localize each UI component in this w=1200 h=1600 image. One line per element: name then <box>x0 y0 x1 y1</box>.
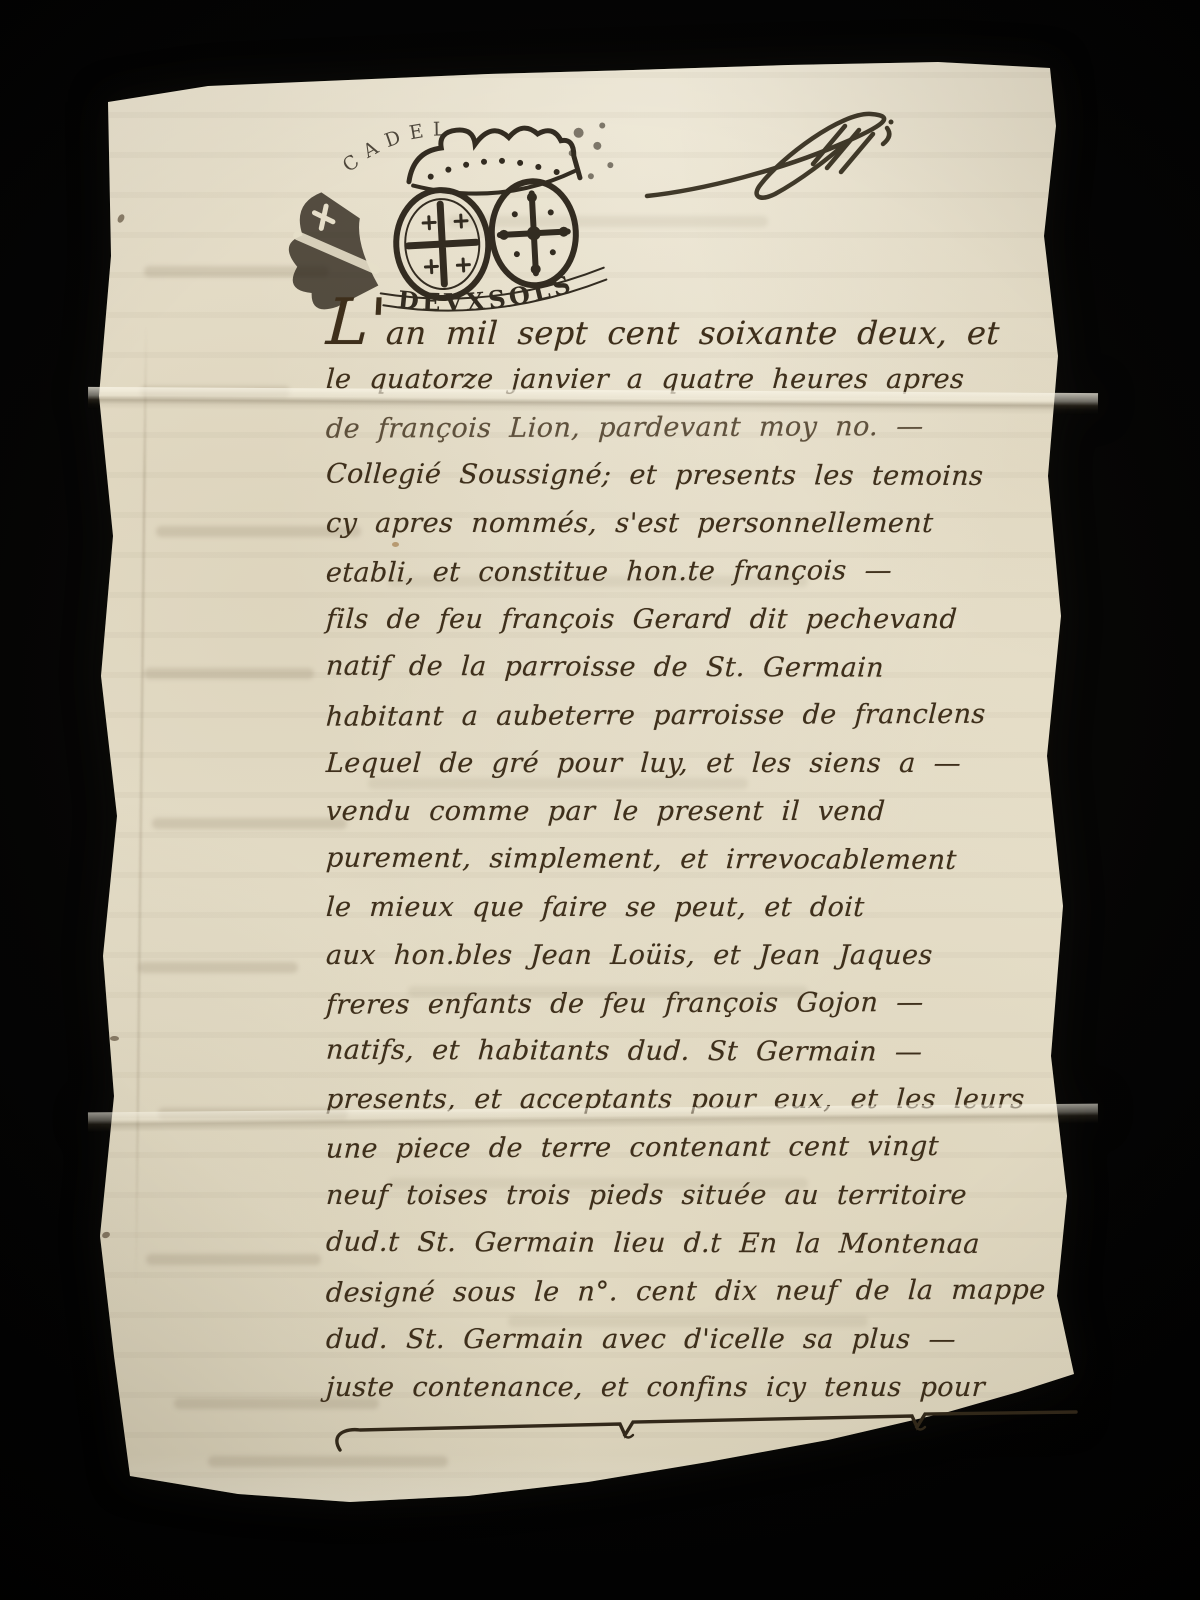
manuscript-text-block: L'an mil sept cent soixante deux, etle q… <box>326 308 1078 1412</box>
manuscript-line: aux hon.bles Jean Loüis, et Jean Jaques <box>325 932 1080 980</box>
notary-paraph-signature <box>633 98 933 210</box>
manuscript-line: natifs, et habitants dud. St Germain — <box>325 1027 1080 1078</box>
manuscript-line: Lequel de gré pour luy, et les siens a — <box>325 740 1080 788</box>
manuscript-line: etabli, et constitue hon.te françois — <box>325 546 1079 597</box>
photo-stage: DEVXSOLS CADEL L'an mil sept cent soixan… <box>0 0 1200 1600</box>
manuscript-line: une piece de terre contenant cent vingt <box>325 1122 1079 1173</box>
manuscript-line: juste contenance, et confins icy tenus p… <box>325 1364 1080 1412</box>
manuscript-line: L'an mil sept cent soixante deux, et <box>325 308 1080 356</box>
manuscript-sheet: DEVXSOLS CADEL L'an mil sept cent soixan… <box>88 56 1098 1512</box>
manuscript-line: cy apres nommés, s'est personnellement <box>325 500 1080 548</box>
manuscript-line: natif de la parroisse de St. Germain <box>325 643 1080 694</box>
manuscript-line: dud.t St. Germain lieu d.t En la Montena… <box>325 1219 1080 1270</box>
manuscript-line: purement, simplement, et irrevocablement <box>325 835 1080 886</box>
manuscript-line: neuf toises trois pieds située au territ… <box>325 1172 1080 1220</box>
manuscript-line: habitant a aubeterre parroisse de francl… <box>325 690 1079 741</box>
manuscript-line: vendu comme par le present il vend <box>325 788 1080 836</box>
manuscript-line: le quatorze janvier a quatre heures apre… <box>325 356 1080 404</box>
manuscript-line: fils de feu françois Gerard dit pechevan… <box>325 596 1080 644</box>
closing-flourish-underline <box>324 1408 1084 1460</box>
manuscript-line: designé sous le n°. cent dix neuf de la … <box>325 1266 1079 1317</box>
manuscript-line: freres enfants de feu françois Gojon — <box>325 978 1079 1029</box>
manuscript-line: de françois Lion, pardevant moy no. — <box>325 402 1079 453</box>
manuscript-line: le mieux que faire se peut, et doit <box>325 884 1080 932</box>
deux-sols-tax-stamp-icon: DEVXSOLS CADEL <box>258 105 629 336</box>
manuscript-line: Collegié Soussigné; et presents les temo… <box>325 451 1080 502</box>
ink-speck <box>110 1036 119 1041</box>
manuscript-line: dud. St. Germain avec d'icelle sa plus — <box>325 1316 1080 1364</box>
manuscript-line: presents, et acceptants pour eux, et les… <box>325 1076 1080 1124</box>
